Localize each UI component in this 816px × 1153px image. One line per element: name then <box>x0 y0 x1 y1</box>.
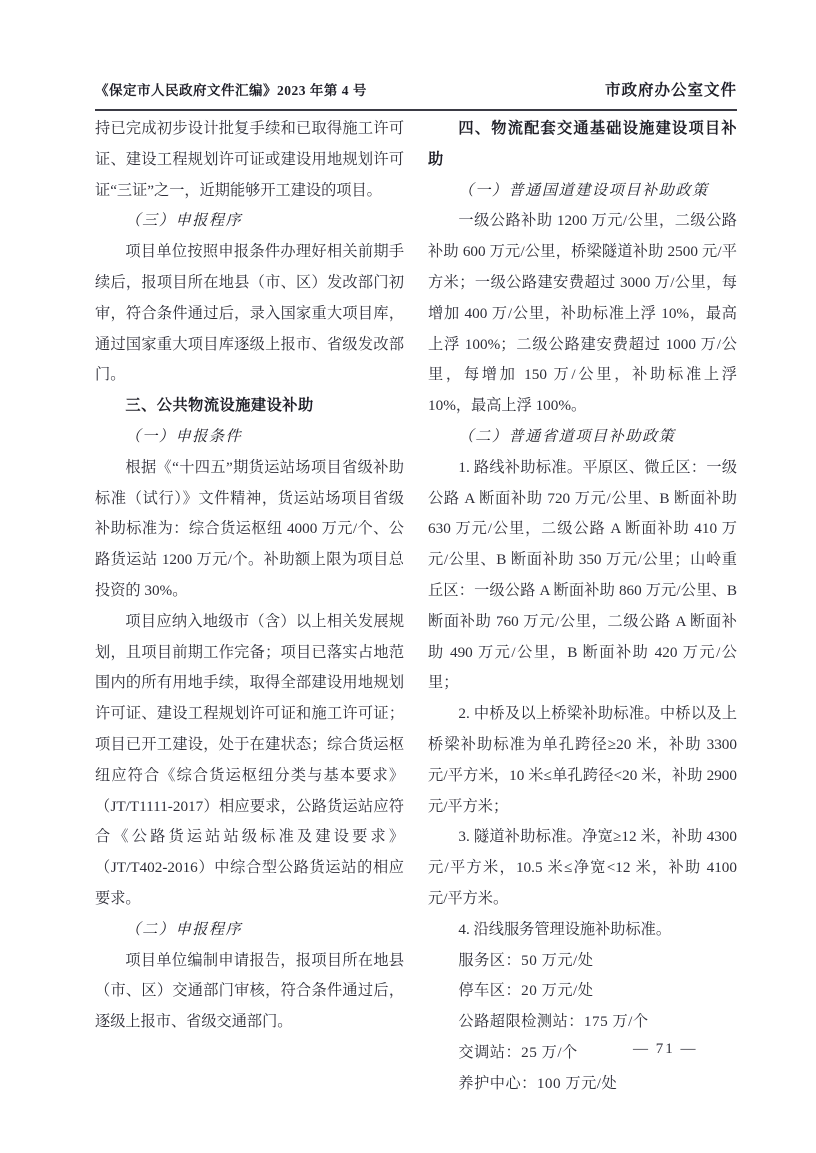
paragraph-2-bridge-subsidy: 2. 中桥及以上桥梁补助标准。中桥以及上桥梁补助标准为单孔跨径≥20 米，补助 … <box>428 699 737 822</box>
left-column: 持已完成初步设计批复手续和已取得施工许可证、建设工程规划许可证或建设用地规划许可… <box>95 114 404 1100</box>
paragraph-jiaotong-procedure: 项目单位编制申请报告，报项目所在地县（市、区）交通部门审核，符合条件通过后，逐级… <box>95 946 404 1038</box>
paragraph-fagai-procedure: 项目单位按照申报条件办理好相关前期手续后，报项目所在地县（市、区）发改部门初审，… <box>95 237 404 391</box>
paragraph-continuation: 持已完成初步设计批复手续和已取得施工许可证、建设工程规划许可证或建设用地规划许可… <box>95 114 404 206</box>
paragraph-national-road-subsidy: 一级公路补助 1200 万元/公里，二级公路补助 600 万元/公里，桥梁隧道补… <box>428 206 737 422</box>
paragraph-subsidy-standard: 根据《“十四五”期货运站场项目省级补助标准（试行）》文件精神，货运站场项目省级补… <box>95 453 404 607</box>
heading-section-4-logistics-transport: 四、物流配套交通基础设施建设项目补助 <box>428 114 737 176</box>
paragraph-3-tunnel-subsidy: 3. 隧道补助标准。净宽≥12 米，补助 4300 元/平方米，10.5 米≤净… <box>428 822 737 914</box>
right-column: 四、物流配套交通基础设施建设项目补助（一）普通国道建设项目补助政策一级公路补助 … <box>428 114 737 1100</box>
subheading-2-shenbao-chengxu: （二）申报程序 <box>95 915 404 946</box>
paragraph-project-requirements: 项目应纳入地级市（含）以上相关发展规划，且项目前期工作完备；项目已落实占地范围内… <box>95 607 404 915</box>
document-page: 《保定市人民政府文件汇编》2023 年第 4 号 市政府办公室文件 持已完成初步… <box>0 0 816 1153</box>
item-overload-detection-station: 公路超限检测站：175 万/个 <box>428 1007 737 1038</box>
heading-section-3-public-logistics: 三、公共物流设施建设补助 <box>95 391 404 422</box>
subheading-3-shenbao-chengxu: （三）申报程序 <box>95 206 404 237</box>
item-service-area: 服务区：50 万元/处 <box>428 946 737 977</box>
header-document-category: 市政府办公室文件 <box>605 78 737 100</box>
item-maintenance-center: 养护中心：100 万元/处 <box>428 1069 737 1100</box>
subheading-1-shenbao-tiaojian: （一）申报条件 <box>95 422 404 453</box>
item-parking-area: 停车区：20 万元/处 <box>428 976 737 1007</box>
page-number: — 71 — <box>633 1041 698 1058</box>
subheading-1-national-road-policy: （一）普通国道建设项目补助政策 <box>428 176 737 207</box>
subheading-2-provincial-road-policy: （二）普通省道项目补助政策 <box>428 422 737 453</box>
paragraph-4-service-facility-subsidy: 4. 沿线服务管理设施补助标准。 <box>428 915 737 946</box>
paragraph-1-route-subsidy: 1. 路线补助标准。平原区、微丘区：一级公路 A 断面补助 720 万元/公里、… <box>428 453 737 699</box>
page-header: 《保定市人民政府文件汇编》2023 年第 4 号 市政府办公室文件 <box>95 78 737 111</box>
document-body: 持已完成初步设计批复手续和已取得施工许可证、建设工程规划许可证或建设用地规划许可… <box>95 114 737 1100</box>
header-publication-title: 《保定市人民政府文件汇编》2023 年第 4 号 <box>95 79 367 99</box>
